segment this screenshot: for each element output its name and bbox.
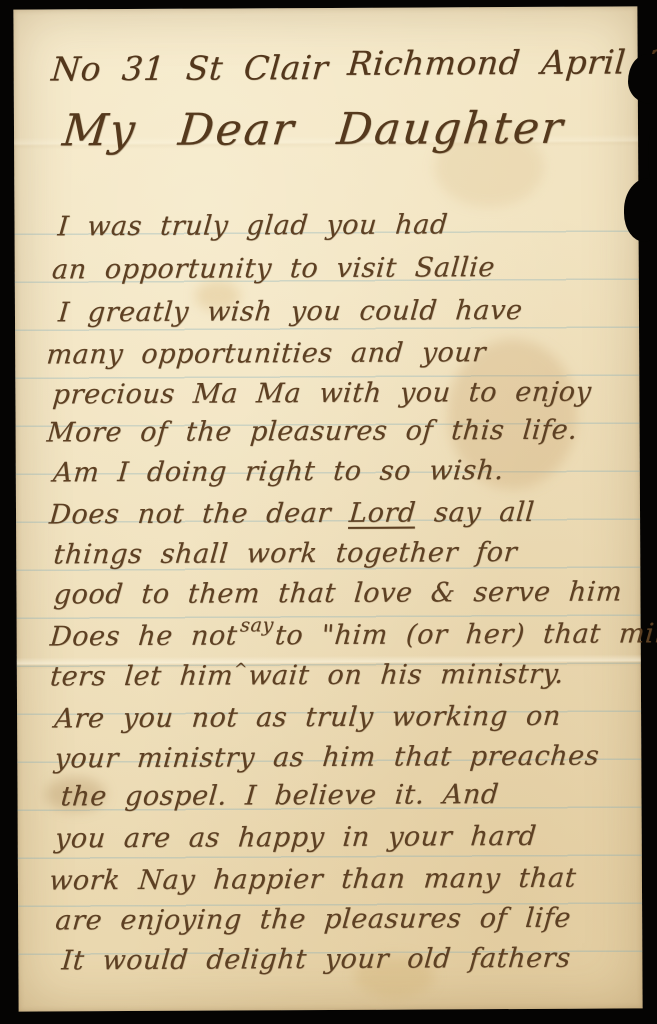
- line-segment: Does he not: [49, 620, 239, 652]
- line-segment: wait on his ministry.: [247, 659, 565, 692]
- line-segment: to "him (or her) that minis: [274, 618, 657, 651]
- letter-line: Am I doing right to so wish.: [52, 455, 505, 488]
- letter-line: are enjoying the pleasures of life: [54, 903, 572, 937]
- letter-line: Are you not as truly working on: [53, 701, 562, 735]
- salutation: My Dear Daughter: [60, 103, 567, 157]
- letter-line: your ministry as him that preaches: [53, 741, 600, 775]
- letter-line: many opportunities and your: [45, 337, 487, 370]
- letter-line: work Nay happier than many that: [48, 863, 577, 897]
- letter-line: ters let him^wait on his ministry.: [49, 659, 565, 693]
- letter-line: an opportunity to visit Sallie: [51, 252, 497, 285]
- letter-line: It would delight your old fathers: [60, 943, 572, 977]
- header-address: No 31 St Clair: [50, 48, 330, 88]
- letter-line: Does he notsayto "him (or her) that mini…: [49, 618, 657, 652]
- letter-line: precious Ma Ma with you to enjoy: [51, 377, 592, 411]
- insertion-say: say: [239, 614, 274, 636]
- header-dateline: Richmond April 3/87: [346, 42, 657, 83]
- caret-insertion-mark: ^: [233, 659, 249, 678]
- underlined-word-lord: Lord: [348, 498, 417, 529]
- torn-edge-notch: [648, 128, 657, 184]
- letter-line: you are as happy in your hard: [54, 821, 538, 855]
- letter-line: I greatly wish you could have: [57, 295, 524, 328]
- letter-photograph: No 31 St Clair Richmond April 3/87 My De…: [0, 0, 657, 1024]
- letter-line: I was truly glad you had: [57, 209, 450, 242]
- letter-line: things shall work together for: [52, 537, 518, 570]
- letter-header: No 31 St Clair Richmond April 3/87: [50, 46, 635, 88]
- line-segment: ters let him: [49, 660, 235, 692]
- letter-page: No 31 St Clair Richmond April 3/87 My De…: [13, 6, 642, 1011]
- letter-line: More of the pleasures of this life.: [46, 415, 579, 449]
- line-segment: say all: [415, 497, 536, 529]
- letter-line: Does not the dear Lord say all: [48, 497, 536, 531]
- line-segment: Does not the dear: [48, 498, 350, 531]
- letter-line: the gospel. I believe it. And: [60, 779, 501, 812]
- letter-line: good to them that love & serve him: [53, 576, 624, 610]
